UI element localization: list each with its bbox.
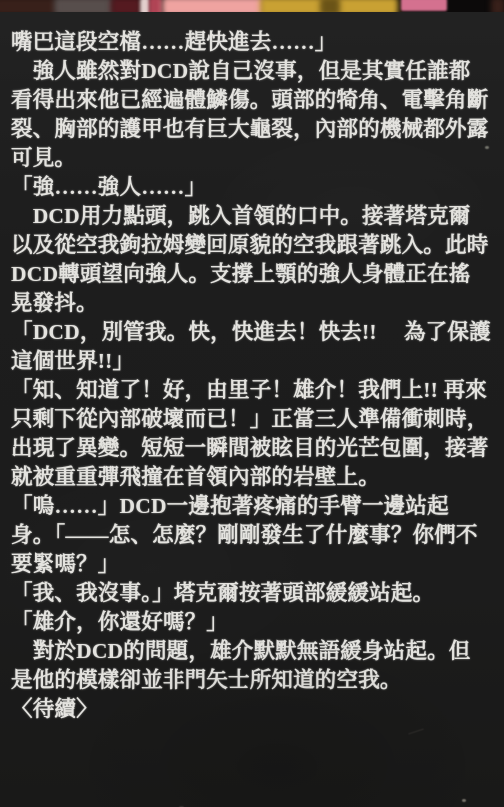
story-line: 可見。 <box>11 144 497 173</box>
story-line: 對於DCD的問題，雄介默默無語緩身站起。但 <box>11 637 497 666</box>
story-line: DCD轉頭望向強人。支撐上顎的強人身體正在搖 <box>11 260 497 289</box>
story-line: 〈待續〉 <box>11 695 497 724</box>
story-text: 嘴巴這段空檔……趕快進去……」 強人雖然對DCD說自己沒事，但是其實任誰都 看得… <box>11 28 497 724</box>
story-line: 看得出來他已經遍體鱗傷。頭部的犄角、電擊角斷 <box>11 86 497 115</box>
video-blob-pink <box>401 0 447 11</box>
film-grain-speck <box>485 146 489 149</box>
story-line: 只剩下從內部破壞而已！」正當三人準備衝刺時， <box>11 405 497 434</box>
story-line: 是他的模樣卻並非門矢士所知道的空我。 <box>11 666 497 695</box>
story-line: DCD用力點頭，跳入首領的口中。接著塔克爾 <box>11 202 497 231</box>
video-frame: 嘴巴這段空檔……趕快進去……」 強人雖然對DCD說自己沒事，但是其實任誰都 看得… <box>0 0 504 807</box>
story-line: 「強……強人……」 <box>11 173 497 202</box>
story-line: 嘴巴這段空檔……趕快進去……」 <box>11 28 497 57</box>
story-line: 「DCD，別管我。快，快進去！快去!! 為了保護 <box>11 318 497 347</box>
story-line: 強人雖然對DCD說自己沒事，但是其實任誰都 <box>11 57 497 86</box>
story-line: 裂、胸部的護甲也有巨大龜裂，內部的機械都外露 <box>11 115 497 144</box>
subtitle-panel: 嘴巴這段空檔……趕快進去……」 強人雖然對DCD說自己沒事，但是其實任誰都 看得… <box>0 12 504 807</box>
story-line: 以及從空我鉤拉姆變回原貌的空我跟著跳入。此時 <box>11 231 497 260</box>
film-grain-speck <box>462 799 466 802</box>
story-line: 「嗚……」DCD一邊抱著疼痛的手臂一邊站起 <box>11 492 497 521</box>
story-line: 要緊嗎？」 <box>11 550 497 579</box>
story-line: 晃發抖。 <box>11 289 497 318</box>
story-line: 「雄介，你還好嗎？」 <box>11 608 497 637</box>
story-line: 「知、知道了！好，由里子！雄介！我們上!! 再來 <box>11 376 497 405</box>
story-line: 出現了異變。短短一瞬間被眩目的光芒包圍，接著 <box>11 434 497 463</box>
story-line: 這個世界!!」 <box>11 347 497 376</box>
story-line: 身。「——怎、怎麼？剛剛發生了什麼事？你們不 <box>11 521 497 550</box>
story-line: 就被重重彈飛撞在首領內部的岩壁上。 <box>11 463 497 492</box>
film-grain-speck <box>480 243 483 245</box>
film-scratch <box>408 729 424 735</box>
story-line: 「我、我沒事。」塔克爾按著頭部緩緩站起。 <box>11 579 497 608</box>
